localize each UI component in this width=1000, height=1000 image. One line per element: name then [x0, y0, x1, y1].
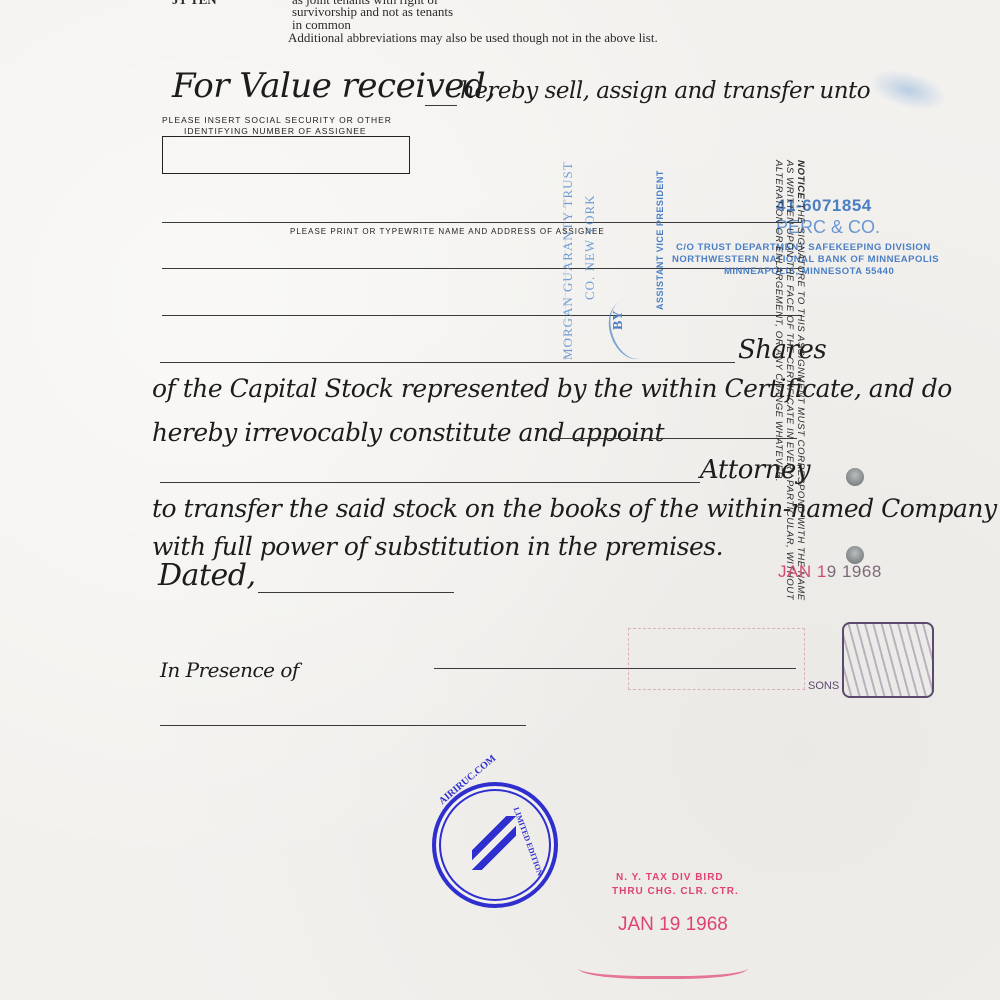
abbrev-code: JT TEN — [172, 0, 217, 7]
date-stamp-rest: 9 1968 — [827, 562, 882, 581]
notice-heading: NOTICE: — [795, 160, 806, 203]
notice-line3: ALTERATION OR ENLARGEMENT, OR ANY CHANGE… — [773, 160, 784, 601]
seal-right-text: LIMITED EDITION — [512, 806, 545, 877]
assignee-address-line-1[interactable] — [162, 268, 802, 269]
in-presence-label: In Presence of — [160, 658, 299, 682]
tax-stamp-date: JAN 19 1968 — [618, 914, 728, 936]
constitute-appoint-text: hereby irrevocably constitute and appoin… — [152, 418, 664, 447]
custodian-line3: MINNEAPOLIS, MINNESOTA 55440 — [724, 266, 894, 277]
divider — [425, 105, 457, 106]
additional-abbreviations-note: Additional abbreviations may also be use… — [288, 30, 658, 45]
limited-edition-seal: AIRIRUC.COM LIMITED EDITION — [432, 782, 558, 908]
ssn-field[interactable] — [162, 136, 410, 174]
transfer-text: to transfer the said stock on the books … — [152, 494, 997, 523]
date-stamp-month: JAN 1 — [778, 562, 827, 581]
sell-assign-transfer: hereby sell, assign and transfer unto — [460, 78, 870, 104]
attorney-name-line-1[interactable] — [552, 438, 797, 439]
tax-stamp-line2: THRU CHG. CLR. CTR. — [612, 886, 739, 897]
seal-emblem-icon — [472, 816, 516, 870]
shares-count-line[interactable] — [160, 362, 735, 363]
assignee-address-line-2[interactable] — [162, 315, 802, 316]
notice-line2: AS WRITTEN UPON THE FACE OF THE CERTIFIC… — [784, 160, 795, 601]
date-line[interactable] — [258, 592, 454, 593]
date-stamp-right: JAN 19 1968 — [778, 562, 882, 582]
assignee-name-line[interactable] — [162, 222, 802, 223]
guaranty-title: ASSISTANT VICE PRESIDENT — [655, 170, 665, 310]
guaranty-stamp-line2: CO. NEW YORK — [582, 194, 598, 300]
broker-stamp-text: SONS — [808, 680, 839, 692]
name-address-label: PLEASE PRINT OR TYPEWRITE NAME AND ADDRE… — [290, 227, 605, 236]
substitution-text: with full power of substitution in the p… — [152, 532, 723, 561]
punch-hole — [846, 468, 864, 486]
for-value-received: For Value received, — [172, 66, 495, 106]
notice-line1: THE SIGNATURE TO THIS ASSIGNMENT MUST CO… — [795, 203, 806, 601]
broker-stamp-faint — [628, 628, 805, 690]
capital-stock-text: of the Capital Stock represented by the … — [152, 374, 952, 403]
tax-stamp-line1: N. Y. TAX DIV BIRD — [616, 872, 724, 883]
broker-stamp — [842, 622, 934, 698]
notice-text: NOTICE:THE SIGNATURE TO THIS ASSIGNMENT … — [773, 160, 806, 601]
witness-line[interactable] — [160, 725, 526, 726]
dated-label: Dated, — [158, 558, 256, 593]
guaranty-stamp-line1: MORGAN GUARANTY TRUST — [560, 161, 576, 360]
ssn-label-line2: IDENTIFYING NUMBER OF ASSIGNEE — [184, 126, 367, 136]
tax-stamp-signature — [578, 952, 748, 979]
ssn-label-line1: PLEASE INSERT SOCIAL SECURITY OR OTHER — [162, 115, 392, 125]
attorney-name-line-2[interactable] — [160, 482, 700, 483]
